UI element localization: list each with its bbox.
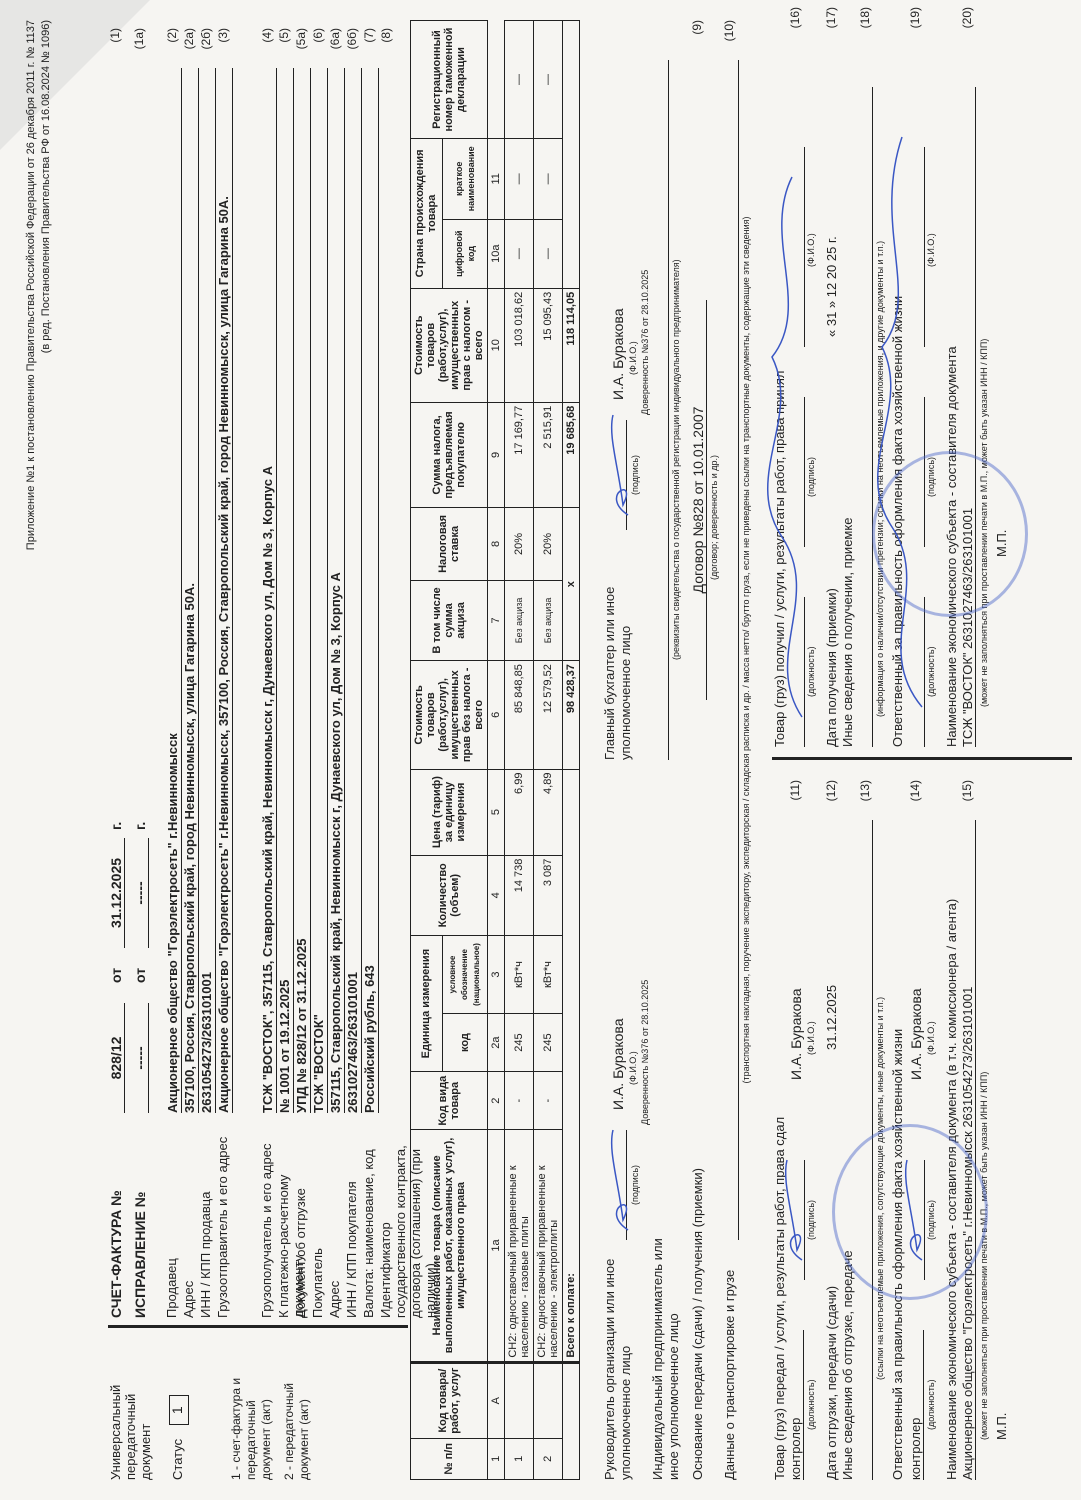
cell-country-code: —: [505, 219, 534, 288]
field-label: Документ об отгрузке: [293, 1118, 308, 1318]
col-country: Страна происхождения товара: [411, 139, 443, 289]
field-label: Продавец: [164, 1118, 179, 1318]
other-ship-label: Иные сведения об отгрузке, передаче: [840, 1250, 855, 1480]
field-value: ТСЖ "ВОСТОК", 357115, Ставропольский кра…: [259, 68, 277, 1113]
field-label: Покупатель: [310, 1118, 325, 1318]
invoice-title: СЧЕТ-ФАКТУРА №: [108, 1190, 124, 1318]
field-value: ТСЖ "ВОСТОК": [310, 68, 328, 1113]
cell-customs: —: [505, 21, 534, 139]
column-number: 10а: [488, 219, 505, 288]
ip-caption: (реквизиты свидетельства о государственн…: [671, 259, 681, 660]
ship-date-value: 31.12.2025: [824, 985, 839, 1050]
column-number: 7: [488, 580, 505, 660]
field-line-no: (6а): [327, 28, 344, 64]
cell-unit-name: кВт*ч: [505, 936, 534, 1014]
total-row: Всего к оплате: 98 428,37 х 19 685,68 11…: [563, 21, 580, 1480]
doc-type: Универсальный передаточный документ: [108, 1370, 153, 1480]
resp-name: И.А. Буракова: [908, 989, 924, 1081]
field-row: Грузоотправитель и его адрес Акционерное…: [215, 28, 249, 1318]
field-value: Российский рубль, 643: [361, 68, 379, 1113]
field-line-no: (5а): [293, 28, 310, 64]
col-country-name: краткое наименование: [442, 139, 487, 219]
handed-fio-caption: (Ф.И.О.): [806, 1021, 816, 1055]
field-row: Адрес 357100, Россия, Ставропольский кра…: [181, 28, 198, 1318]
status-2-legend: 2 - передаточный документ (акт): [282, 1360, 312, 1480]
cell-cost-no-tax: 12 579,52: [534, 661, 563, 769]
table-row: 1СН2: одноставочный приравненные к насел…: [505, 21, 534, 1480]
column-number: 2: [488, 1072, 505, 1130]
field-row: Продавец Акционерное общество "Горэлектр…: [164, 28, 181, 1318]
cell-kind: -: [505, 1072, 534, 1130]
status-value: 1: [169, 1395, 189, 1425]
transport-no: (10): [722, 20, 736, 41]
field-value: Акционерное общество "Горэлектросеть" г.…: [215, 68, 233, 1113]
cell-name: СН2: одноставочный приравненные к населе…: [505, 1130, 534, 1362]
field-row: Грузополучатель и его адрес ТСЖ "ВОСТОК"…: [259, 28, 276, 1318]
cell-cost-with-tax: 15 095,43: [534, 288, 563, 402]
cell-rate: 20%: [505, 508, 534, 581]
cell-qty: 14 738: [505, 855, 534, 935]
cell-kind: -: [534, 1072, 563, 1130]
basis-caption: (договор; доверенность и др.): [709, 455, 719, 580]
column-numbers-row: 1А1а22а34567891010а11: [488, 21, 505, 1480]
header-note: Приложение №1 к постановлению Правительс…: [24, 20, 54, 550]
status-1-legend: 1 - счет-фактура и передаточный документ…: [229, 1360, 274, 1480]
upd-document-page: Приложение №1 к постановлению Правительс…: [0, 0, 1081, 1500]
sender-block: Товар (груз) передал / услуги, результат…: [772, 780, 1072, 1480]
cell-tax: 2 515,91: [534, 402, 563, 507]
col-code: Код товара/ работ, услуг: [411, 1362, 488, 1438]
field-row: ИНН / КПП продавца 2631054273/263101001 …: [198, 28, 215, 1318]
no-20: (20): [960, 7, 974, 28]
field-label: Адрес: [181, 1118, 196, 1318]
cell-country-name: —: [505, 139, 534, 219]
no-14: (14): [908, 780, 922, 801]
handed-name: И.А. Буракова: [788, 989, 804, 1081]
header-note-line1: Приложение №1 к постановлению Правительс…: [24, 20, 39, 550]
cell-unit-code: 245: [534, 1014, 563, 1072]
field-label: Грузополучатель и его адрес: [259, 1118, 274, 1318]
field-label: Адрес: [327, 1118, 342, 1318]
handed-position: контролер: [788, 1330, 804, 1480]
field-label: Валюта: наименование, код: [361, 1118, 376, 1318]
handed-signature: [772, 1150, 812, 1270]
cell-code: [534, 1362, 563, 1438]
receiver-signatures: [762, 97, 962, 737]
col-customs: Регистрационный номер таможенной деклара…: [411, 21, 488, 139]
items-table: № п/п Код товара/ работ, услуг Наименова…: [410, 20, 580, 1480]
column-number: 3: [488, 936, 505, 1014]
field-value: 2631054273/263101001: [198, 68, 216, 1113]
col-price: Цена (тариф) за единицу измерения: [411, 769, 488, 855]
cell-unit-code: 245: [505, 1014, 534, 1072]
invoice-year-suffix: г.: [108, 822, 124, 830]
table-row: 2СН2: одноставочный приравненные к насел…: [534, 21, 563, 1480]
accountant-label: Главный бухгалтер или иное уполномоченно…: [602, 530, 634, 760]
col-no: № п/п: [411, 1438, 488, 1479]
invoice-title-row: СЧЕТ-ФАКТУРА № 828/12 от 31.12.2025 г. (…: [108, 28, 132, 1318]
no-17: (17): [824, 7, 838, 28]
correction-row: ИСПРАВЛЕНИЕ № ----- от ----- г. (1а): [132, 28, 156, 1318]
field-value: 357115, Ставропольский край, Невинномысс…: [327, 68, 345, 1113]
invoice-number: 828/12: [108, 1003, 125, 1113]
ip-label: Индивидуальный предприниматель или иное …: [650, 1220, 682, 1480]
field-line-no: (5): [276, 28, 293, 64]
receiver-block: Товар (груз) получил / услуги, результат…: [772, 7, 1072, 760]
transport-caption: (транспортная накладная, поручение экспе…: [741, 60, 751, 1240]
signatures-section: Руководитель организации или иное уполно…: [598, 20, 678, 1480]
field-row: Валюта: наименование, код Российский руб…: [361, 28, 378, 1318]
col-cost-no-tax: Стоимость товаров (работ,услуг), имущест…: [411, 661, 488, 769]
head-signature: [598, 1120, 638, 1240]
accountant-fio-caption: (Ф.И.О.): [628, 341, 638, 375]
column-number: 1: [488, 1438, 505, 1479]
column-number: 4: [488, 855, 505, 935]
header-section: Универсальный передаточный документ Стат…: [108, 20, 408, 1480]
cell-price: 4,89: [534, 769, 563, 855]
cell-customs: —: [534, 21, 563, 139]
col-name: Наименование товара (описание выполненны…: [411, 1130, 488, 1362]
col-rate: Налоговая ставка: [411, 508, 488, 581]
field-label: ИНН / КПП покупателя: [344, 1118, 359, 1318]
column-number: 1а: [488, 1130, 505, 1362]
field-value: УПД № 828/12 от 31.12.2025: [293, 68, 311, 1113]
head-fio-caption: (Ф.И.О.): [628, 1051, 638, 1085]
cell-code: [505, 1362, 534, 1438]
field-value: № 1001 от 19.12.2025: [276, 68, 294, 1113]
column-number: 2а: [488, 1014, 505, 1072]
field-row: К платежно-расчетному документу № 1001 о…: [276, 28, 293, 1318]
no-11: (11): [788, 780, 802, 800]
field-row: Адрес 357115, Ставропольский край, Невин…: [327, 28, 344, 1318]
field-value: [378, 68, 379, 1113]
field-line-no: (4): [259, 28, 276, 64]
col-kind: Код вида товара: [411, 1072, 488, 1130]
correction-number: -----: [132, 1003, 149, 1113]
invoice-fields: СЧЕТ-ФАКТУРА № 828/12 от 31.12.2025 г. (…: [108, 28, 426, 1318]
field-row: Документ об отгрузке УПД № 828/12 от 31.…: [293, 28, 310, 1318]
accountant-power-of-attorney: Доверенность №376 от 28.10.2025: [640, 270, 650, 415]
total-tax: 19 685,68: [563, 402, 580, 507]
correction-from: от: [132, 968, 148, 983]
cell-qty: 3 087: [534, 855, 563, 935]
field-line-no: (2б): [198, 28, 215, 64]
cell-rate: 20%: [534, 508, 563, 581]
field-line-no: (7): [361, 28, 378, 64]
accountant-name: И.А. Буракова: [610, 309, 626, 401]
no-12: (12): [824, 780, 838, 801]
field-line-no: (2а): [181, 28, 198, 64]
field-line-no: (2): [164, 28, 181, 64]
cell-unit-name: кВт*ч: [534, 936, 563, 1014]
transport-label: Данные о транспортировке и грузе: [722, 1270, 737, 1480]
handed-position-caption: (должность): [806, 1379, 816, 1430]
line-no-1a: (1а): [132, 28, 146, 49]
invoice-date: 31.12.2025: [108, 838, 125, 948]
total-label: Всего к оплате:: [563, 769, 580, 1362]
accountant-signature: [598, 405, 638, 525]
head-power-of-attorney: Доверенность №376 от 28.10.2025: [640, 980, 650, 1125]
basis-value: Договор №828 от 10.01.2007: [690, 300, 707, 700]
col-excise: В том числе сумма акциза: [411, 580, 488, 660]
cell-no: 1: [505, 1438, 534, 1479]
cell-cost-with-tax: 103 018,62: [505, 288, 534, 402]
field-value: 2631027463/263101001: [344, 68, 362, 1113]
field-label: ИНН / КПП продавца: [198, 1118, 213, 1318]
doc-type-column: Универсальный передаточный документ Стат…: [108, 1330, 312, 1480]
ship-date-label: Дата отгрузки, передачи (сдачи): [824, 1286, 839, 1480]
invoice-from: от: [108, 968, 124, 983]
cell-tax: 17 169,77: [505, 402, 534, 507]
field-value: Акционерное общество "Горэлектросеть" г.…: [164, 68, 182, 1113]
resp-fio-caption: (Ф.И.О.): [926, 1021, 936, 1055]
line-no-1: (1): [108, 28, 122, 43]
column-number: 5: [488, 769, 505, 855]
status-row: Статус 1: [169, 1330, 189, 1480]
transport-line: [738, 60, 739, 1240]
column-number: 6: [488, 661, 505, 769]
col-unit: Единица измерения: [411, 936, 443, 1072]
field-list: Продавец Акционерное общество "Горэлектр…: [164, 28, 426, 1318]
col-country-code: цифровой код: [442, 219, 487, 288]
cell-country-code: —: [534, 219, 563, 288]
cell-price: 6,99: [505, 769, 534, 855]
cell-no: 2: [534, 1438, 563, 1479]
resp-signature: [892, 1150, 932, 1270]
field-value: 357100, Россия, Ставропольский край, гор…: [181, 68, 199, 1113]
cell-cost-no-tax: 85 848,85: [505, 661, 534, 769]
no-19: (19): [908, 7, 922, 28]
cell-excise: Без акциза: [505, 580, 534, 660]
column-number: А: [488, 1362, 505, 1438]
head-label: Руководитель организации или иное уполно…: [602, 1250, 634, 1480]
basis-label: Основание передачи (сдачи) / получения (…: [690, 1168, 705, 1480]
total-with-tax: 118 114,05: [563, 288, 580, 402]
header-divider: [108, 1325, 408, 1328]
status-label: Статус: [170, 1439, 185, 1480]
correction-date: -----: [132, 838, 149, 948]
correction-year-suffix: г.: [132, 822, 148, 830]
total-empty: [563, 1362, 580, 1479]
cell-country-name: —: [534, 139, 563, 219]
cell-name: СН2: одноставочный приравненные к населе…: [534, 1130, 563, 1362]
column-number: 11: [488, 139, 505, 219]
field-line-no: (6): [310, 28, 327, 64]
field-row: Покупатель ТСЖ "ВОСТОК" (6): [310, 28, 327, 1318]
no-15: (15): [960, 780, 974, 801]
cell-excise: Без акциза: [534, 580, 563, 660]
col-cost-with-tax: Стоимость товаров (работ,услуг), имущест…: [411, 288, 488, 402]
ip-line: [668, 60, 669, 760]
col-unit-name: условное обозначение (национальное): [442, 936, 487, 1014]
field-line-no: (6б): [344, 28, 361, 64]
no-16: (16): [788, 7, 802, 28]
correction-title: ИСПРАВЛЕНИЕ №: [132, 1192, 148, 1318]
no-18: (18): [858, 7, 872, 28]
total-excise: х: [563, 508, 580, 661]
resp-position-caption: (должность): [926, 1379, 936, 1430]
no-13: (13): [858, 780, 872, 801]
field-label: Грузоотправитель и его адрес: [215, 1118, 230, 1318]
receiver-entity-value: ТСЖ "ВОСТОК" 2631027463/263101001: [960, 87, 976, 747]
header-note-line2: (в ред. Постановления Правительства РФ о…: [39, 20, 54, 550]
field-row: ИНН / КПП покупателя 2631027463/26310100…: [344, 28, 361, 1318]
total-empty-right: [563, 21, 580, 289]
column-number: 10: [488, 288, 505, 402]
basis-no: (9): [690, 20, 704, 35]
total-no-tax: 98 428,37: [563, 661, 580, 769]
col-tax: Сумма налога, предъявляемая покупателю: [411, 402, 488, 507]
head-name: И.А. Буракова: [610, 1019, 626, 1111]
field-line-no: (8): [378, 28, 395, 64]
col-qty: Количество (объем): [411, 855, 488, 935]
entity-caption: (может не заполняться при проставлении п…: [979, 1072, 989, 1440]
column-number: 8: [488, 508, 505, 581]
column-number: 9: [488, 402, 505, 507]
resp-position: контролер: [908, 1330, 924, 1480]
field-line-no: (3): [215, 28, 232, 64]
col-unit-code: код: [442, 1014, 487, 1072]
sender-mp: М.П.: [994, 1413, 1009, 1440]
